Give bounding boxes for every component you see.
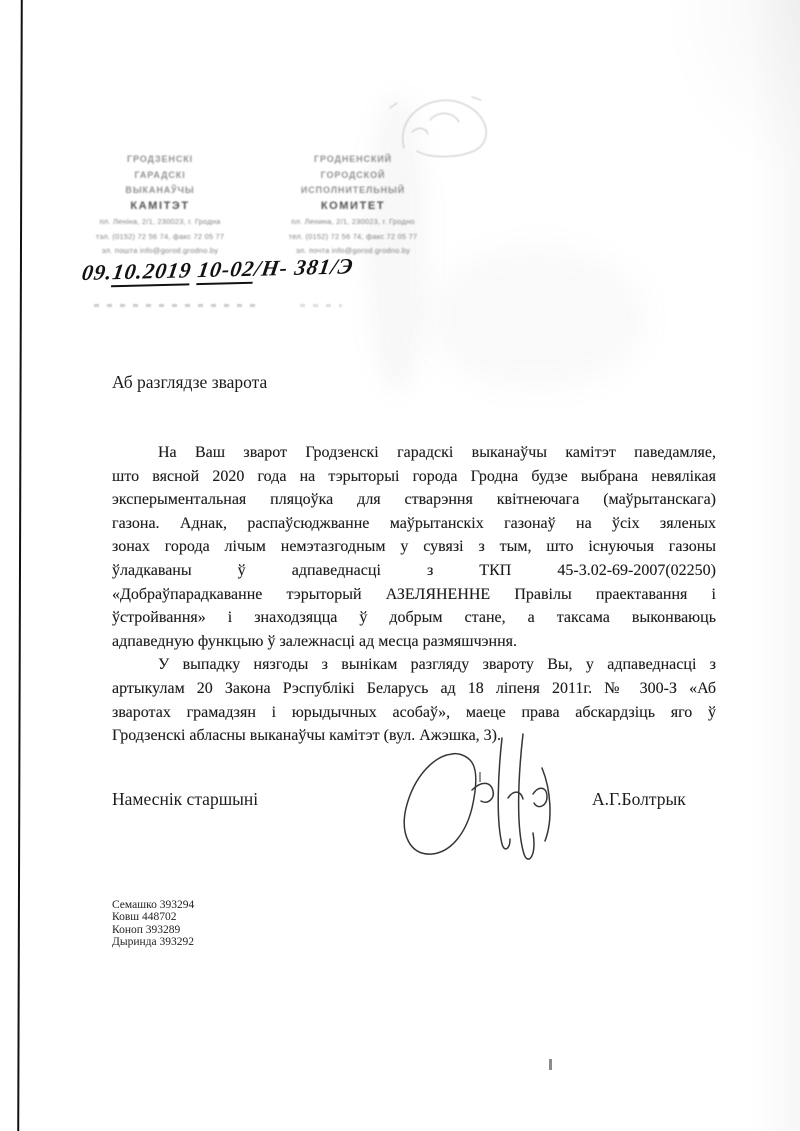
handwritten-registration-stamp: 09.10.2019 10-02/Н- 381/Э — [80, 254, 345, 286]
address-line: пл. Леніна, 2/1, 230023, г. Гродна — [76, 216, 244, 229]
letter-body: На Ваш зварот Гродзенскі гарадскі выкана… — [112, 441, 716, 748]
body-line: У выпадку нязгоды з вынікам разгляду зва… — [112, 653, 716, 677]
org-name-line: КОМИТЕТ — [270, 199, 436, 215]
contact-line: Коноп 393289 — [112, 924, 194, 936]
address-line: пл. Ленина, 2/1, 230023, г. Гродно — [270, 216, 436, 229]
stamp-ref-rest: /Н- 381/Э — [253, 253, 356, 280]
body-line: што вясной 2020 года на тэрыторыі города… — [112, 465, 716, 489]
address-line: тэл. (0152) 72 56 74, факс 72 05 77 — [76, 231, 244, 244]
body-line: На Ваш зварот Гродзенскі гарадскі выкана… — [112, 441, 716, 465]
body-line: артыкулам 20 Закона Рэспублікі Беларусь … — [112, 677, 716, 701]
faded-form-line-artifact — [94, 304, 262, 307]
scan-tick-artifact — [549, 1059, 552, 1070]
contact-line: Семашко 393294 — [112, 899, 194, 911]
scan-shading-top-right — [660, 0, 800, 180]
stamp-ref-code: 10-02 — [196, 256, 257, 285]
signature-autograph — [390, 728, 590, 868]
contact-list: Семашко 393294 Ковш 448702 Коноп 393289 … — [112, 899, 194, 949]
body-line: «Добраўпарадкаванне тэрыторый АЗЕЛЯНЕННЕ… — [112, 583, 716, 607]
org-name-line: ВЫКАНАЎЧЫ — [76, 183, 244, 199]
body-line: адпаведную функцыю ў залежнасці ад месца… — [112, 630, 716, 654]
letterhead-right-column: ГРОДНЕНСКИЙ ГОРОДСКОЙ ИСПОЛНИТЕЛЬНЫЙ КОМ… — [270, 152, 436, 258]
signer-name: А.Г.Болтрык — [592, 789, 686, 810]
scan-edge-line-artifact — [17, 0, 23, 1131]
stamp-date: 10.2019 — [110, 257, 193, 287]
stamp-date-prefix: 09. — [80, 259, 114, 285]
org-name-line: ГРОДЗЕНСКІ — [76, 152, 244, 168]
faded-form-line-artifact — [300, 304, 342, 307]
body-line: эксперыментальная пляцоўка для стварэння… — [112, 488, 716, 512]
org-name-line: КАМІТЭТ — [76, 199, 244, 215]
body-line: газона. Аднак, распаўсюджванне маўрытанс… — [112, 512, 716, 536]
contact-line: Дыринда 393292 — [112, 936, 194, 948]
scanned-letter-page: ГРОДЗЕНСКІ ГАРАДСКІ ВЫКАНАЎЧЫ КАМІТЭТ пл… — [0, 0, 800, 1131]
org-name-line: ГОРОДСКОЙ — [270, 168, 436, 184]
org-name-line: ГРОДНЕНСКИЙ — [270, 152, 436, 168]
letterhead-left-column: ГРОДЗЕНСКІ ГАРАДСКІ ВЫКАНАЎЧЫ КАМІТЭТ пл… — [76, 152, 244, 258]
address-line: тел. (0152) 72 56 74, факс 72 05 77 — [270, 231, 436, 244]
body-line: зваротах грамадзян і юрыдычных асобаў», … — [112, 701, 716, 725]
body-line: ўладкаваны ў адпаведнасці з ТКП 45-3.02-… — [112, 559, 716, 583]
contact-line: Ковш 448702 — [112, 911, 194, 923]
body-line: ўстройвання» і знаходзяцца ў добрым стан… — [112, 606, 716, 630]
subject-line: Аб разглядзе зварота — [112, 372, 267, 393]
signer-title: Намеснік старшыні — [112, 789, 258, 810]
scan-smudge-right — [428, 248, 646, 388]
body-line: зонах города лічым немэтазгодным у сувяз… — [112, 535, 716, 559]
org-name-line: ИСПОЛНИТЕЛЬНЫЙ — [270, 183, 436, 199]
org-name-line: ГАРАДСКІ — [76, 168, 244, 184]
